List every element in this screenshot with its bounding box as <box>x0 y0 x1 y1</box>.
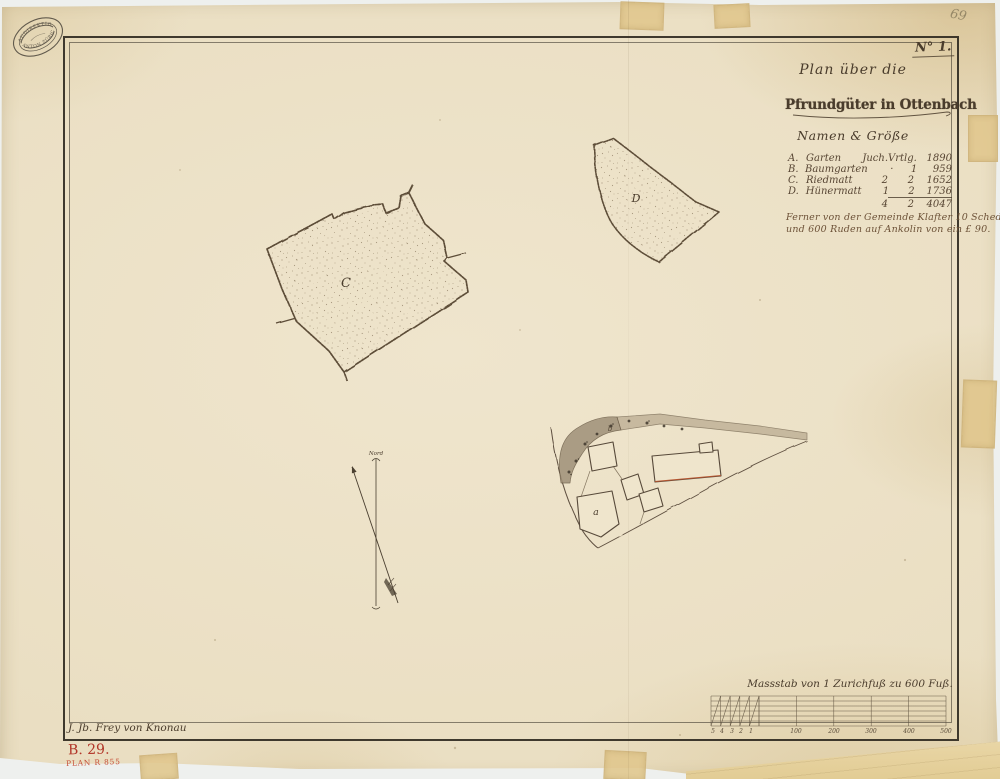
row-juch: 1 <box>862 186 890 197</box>
row-letter: C. <box>788 175 800 186</box>
total-fuss: 4047 <box>914 199 952 210</box>
table-row: D. Hünermatt 1 2 1736 <box>788 186 952 197</box>
surveyor-signature: J. Jb. Frey von Knonau <box>68 722 187 734</box>
row-name: Riedmatt <box>800 175 860 186</box>
row-name: Hünermatt <box>800 186 862 197</box>
archive-mark-b: B. 29. <box>68 742 110 759</box>
row-fuss: 1652 <box>914 175 952 186</box>
scale-minor-label: 5 <box>709 728 717 735</box>
archive-mark-plan: PLAN R 855 <box>66 757 121 768</box>
scale-minor-label: 2 <box>737 728 745 735</box>
row-letter: B. <box>788 164 799 175</box>
tape-patch <box>620 1 665 31</box>
table-sum-rule <box>888 197 952 198</box>
table-row: B. Baumgarten · 1 959 <box>788 164 952 175</box>
scale-major-label: 400 <box>900 728 918 735</box>
tape-patch <box>968 115 998 162</box>
row-fuss: 1736 <box>915 186 952 197</box>
pencil-archive-mark: 69 <box>949 6 968 24</box>
tape-patch <box>713 3 750 29</box>
scale-major-label: 200 <box>825 728 843 735</box>
row-name: Garten <box>800 153 860 164</box>
total-vrtlg: 2 <box>888 199 914 210</box>
tape-patch <box>139 753 179 779</box>
spacer <box>800 199 860 210</box>
table-note-line2: und 600 Ruden auf Ankolin von ein £ 90. <box>786 224 991 235</box>
title-subtitle: Namen & Größe <box>783 128 923 143</box>
row-vrtlg: Vrtlg. <box>888 153 914 164</box>
scale-major-label: 100 <box>787 728 805 735</box>
scale-major-label: 500 <box>937 728 955 735</box>
scale-minor-label: 1 <box>747 728 755 735</box>
table-total-row: 4 2 4047 <box>788 199 952 210</box>
row-letter: D. <box>788 186 800 197</box>
scanned-plan-page: BAUDIREKTION CANTON ZÜRICH C D <box>0 0 1000 779</box>
row-letter: A. <box>788 153 800 164</box>
row-vrtlg: 2 <box>888 175 914 186</box>
scale-title: Massstab von 1 Zurichfuß zu 600 Fuß. <box>745 678 955 690</box>
scale-minor-label: 4 <box>718 728 726 735</box>
title-line2: Pfrundgüter in Ottenbach <box>785 97 953 113</box>
row-name: Baumgarten <box>799 164 868 175</box>
row-fuss: 1890 <box>914 153 952 164</box>
plan-number: N° 1. <box>912 39 955 57</box>
parcel-table: A. Garten Juch. Vrtlg. 1890 B. Baumgarte… <box>788 153 952 210</box>
row-juch: 2 <box>860 175 888 186</box>
spacer <box>788 199 800 210</box>
total-juch: 4 <box>860 199 888 210</box>
table-row: C. Riedmatt 2 2 1652 <box>788 175 952 186</box>
plan-border-frame-inner <box>69 42 952 723</box>
scale-major-label: 300 <box>862 728 880 735</box>
row-juch: Juch. <box>860 153 888 164</box>
row-juch: · <box>868 164 894 175</box>
tape-patch <box>603 750 646 779</box>
table-note-line1: Ferner von der Gemeinde Klafter 10 Sched… <box>786 212 1000 223</box>
title-line1: Plan über die <box>783 62 923 78</box>
tape-patch <box>961 379 997 448</box>
row-fuss: 959 <box>917 164 952 175</box>
row-vrtlg: 2 <box>889 186 915 197</box>
row-vrtlg: 1 <box>893 164 917 175</box>
table-row: A. Garten Juch. Vrtlg. 1890 <box>788 153 952 164</box>
scale-minor-label: 3 <box>728 728 736 735</box>
